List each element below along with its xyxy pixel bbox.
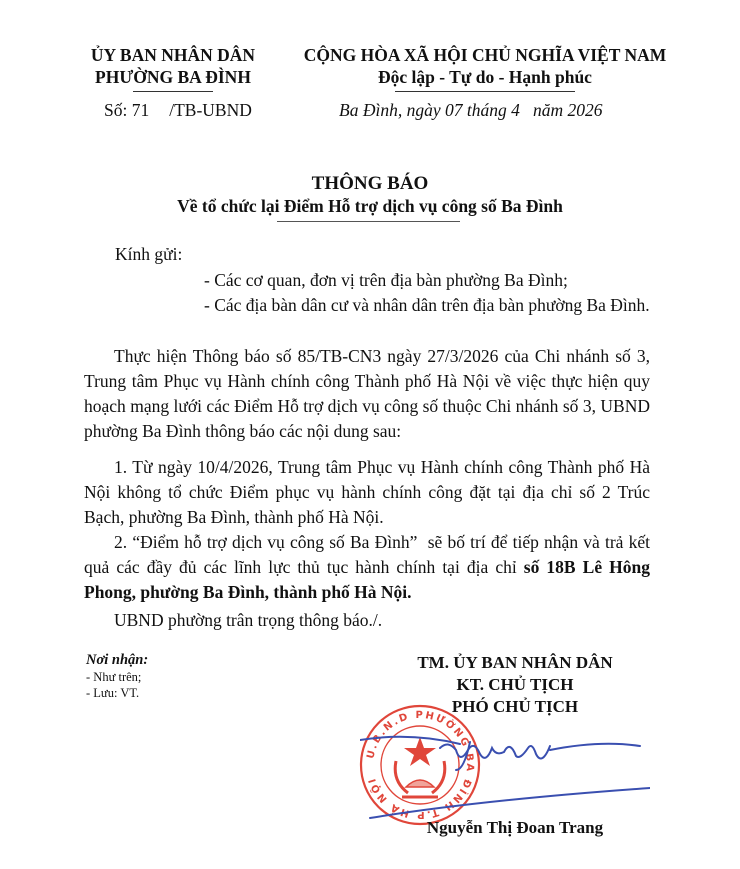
- recipient-item: - Các địa bàn dân cư và nhân dân trên đị…: [204, 295, 650, 316]
- recipients-label: Nơi nhận:: [86, 652, 148, 669]
- authority-line-1: ỦY BAN NHÂN DÂN: [78, 44, 268, 66]
- sign-line-1: TM. ỦY BAN NHÂN DÂN: [380, 652, 650, 674]
- national-motto: Độc lập - Tự do - Hạnh phúc: [280, 66, 690, 88]
- document-title: THÔNG BÁO: [0, 172, 740, 196]
- subject-underline: [277, 221, 460, 222]
- closing-paragraph: UBND phường trân trọng thông báo./.: [84, 608, 650, 633]
- document-subject: Về tổ chức lại Điểm Hỗ trợ dịch vụ công …: [0, 195, 740, 217]
- place-date: Ba Đình, ngày 07 tháng 4 năm 2026: [339, 100, 602, 121]
- intro-paragraph: Thực hiện Thông báo số 85/TB-CN3 ngày 27…: [84, 344, 650, 444]
- national-title: CỘNG HÒA XÃ HỘI CHỦ NGHĨA VIỆT NAM: [280, 44, 690, 66]
- authority-underline: [133, 91, 213, 92]
- authority-line-2: PHƯỜNG BA ĐÌNH: [78, 66, 268, 88]
- handwritten-signature-icon: [360, 730, 650, 830]
- national-header: CỘNG HÒA XÃ HỘI CHỦ NGHĨA VIỆT NAM Độc l…: [280, 44, 690, 92]
- recipients-list-item: - Lưu: VT.: [86, 686, 139, 701]
- recipients-list-item: - Như trên;: [86, 670, 141, 685]
- document-number: Số: 71/TB-UBND: [104, 100, 252, 121]
- sign-line-2: KT. CHỦ TỊCH: [380, 674, 650, 696]
- signer-name: Nguyễn Thị Đoan Trang: [380, 818, 650, 838]
- document-number-suffix: /TB-UBND: [169, 100, 252, 120]
- document-number-prefix: Số: 71: [104, 100, 149, 120]
- issuing-authority: ỦY BAN NHÂN DÂN PHƯỜNG BA ĐÌNH: [78, 44, 268, 92]
- item-1-paragraph: 1. Từ ngày 10/4/2026, Trung tâm Phục vụ …: [84, 455, 650, 530]
- motto-underline: [395, 91, 575, 92]
- item-2-paragraph: 2. “Điểm hỗ trợ dịch vụ công số Ba Đình”…: [84, 530, 650, 605]
- recipient-item: - Các cơ quan, đơn vị trên địa bàn phườn…: [204, 270, 568, 291]
- salutation: Kính gửi:: [115, 244, 182, 265]
